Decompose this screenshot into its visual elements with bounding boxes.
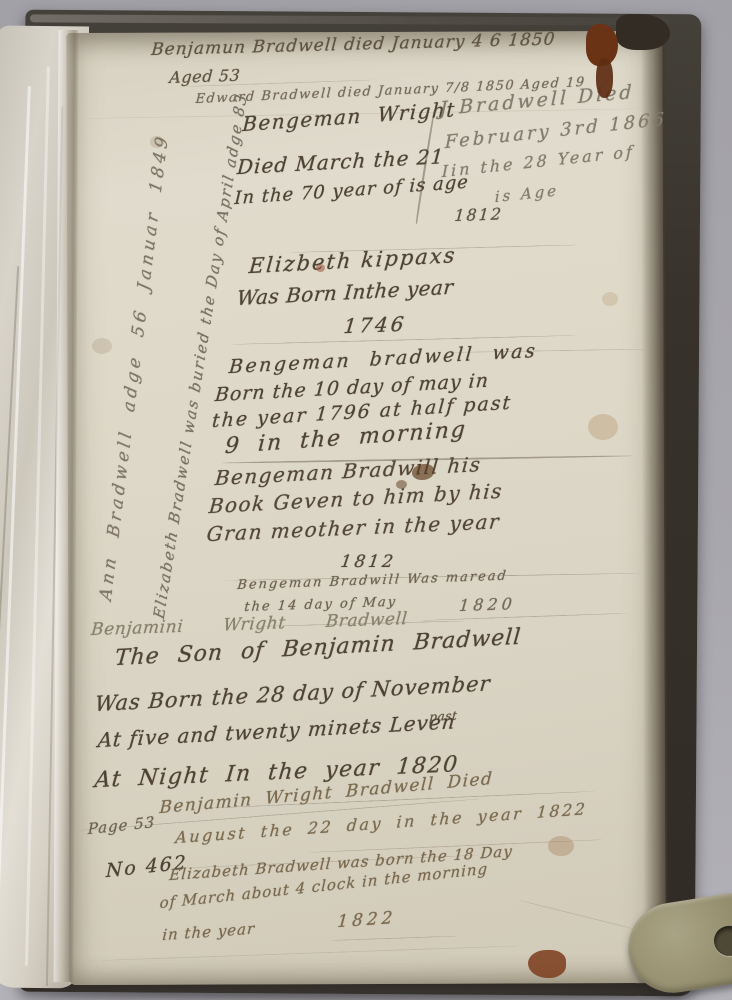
book-shadow [46,988,676,998]
handwriting-line: 1812 [454,204,504,225]
foxing-stain [316,264,325,272]
handwriting-line: 1812 [339,552,397,572]
foxing-stain [150,136,164,148]
page-torn-right-edge [640,36,667,980]
ink-stain [528,950,566,978]
page-edge-streak [25,66,50,966]
handwriting-line: 1822 [337,908,398,932]
foxing-stain [548,836,574,856]
binding-stain [616,14,670,50]
ink-stain [396,480,407,489]
handwriting-line: 1746 [342,312,407,338]
ink-stain [596,58,613,98]
foxing-stain [602,292,618,306]
photo-old-book-page: Benjamun Bradwell died January 4 6 1850 … [0,0,732,1000]
foxing-stain [92,338,112,354]
handwriting-line: 1820 [458,594,516,615]
clasp-hole [712,924,732,958]
foxing-stain [588,414,618,440]
